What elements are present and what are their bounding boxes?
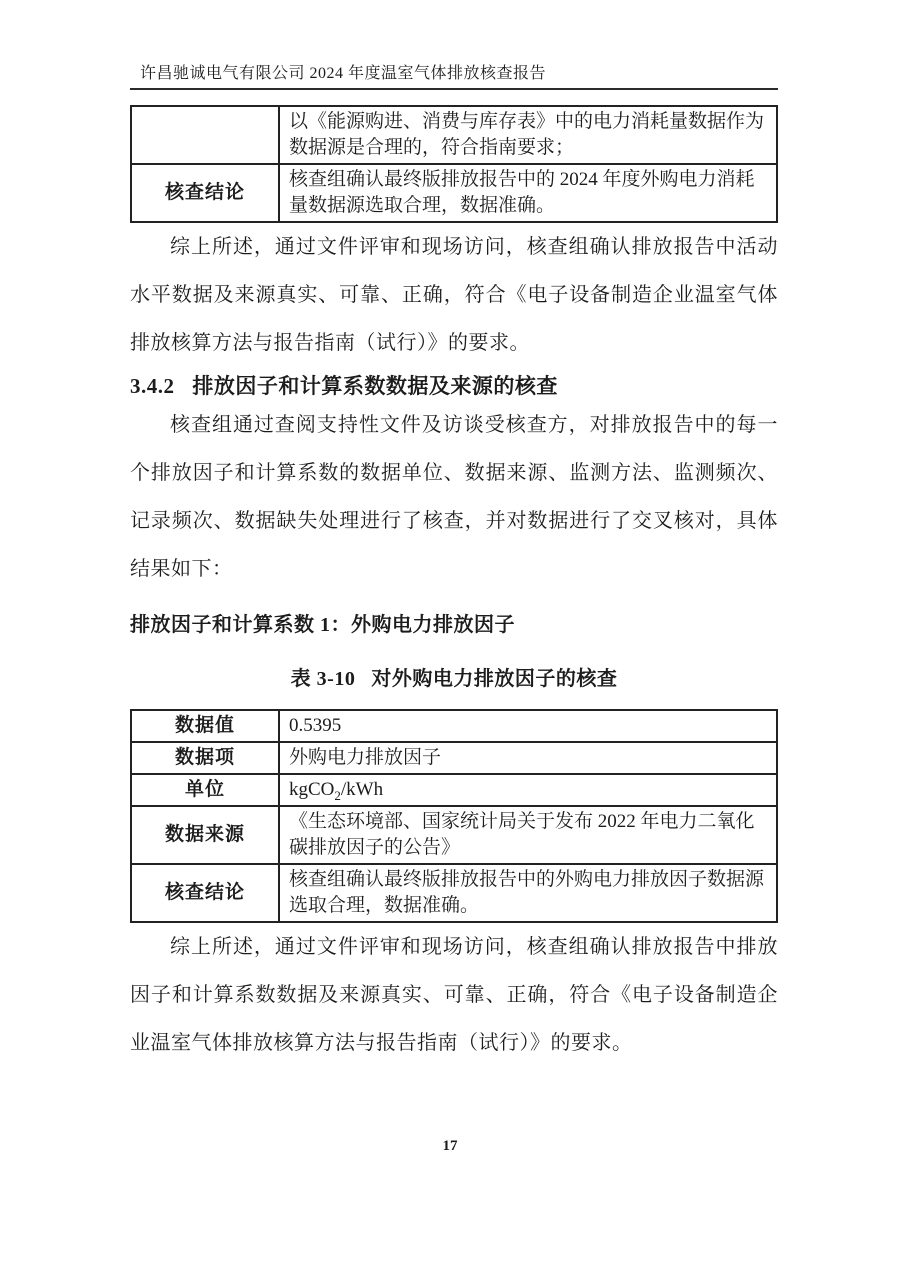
unit-post: /kWh	[341, 779, 383, 800]
table-row: 数据项 外购电力排放因子	[131, 742, 777, 774]
table-310-caption: 表 3-10对外购电力排放因子的核查	[130, 664, 778, 694]
caption-number: 表 3-10	[291, 668, 356, 690]
page-content: 以《能源购进、消费与库存表》中的电力消耗量数据作为数据源是合理的，符合指南要求；…	[130, 105, 778, 1067]
table-row: 数据值 0.5395	[131, 710, 777, 742]
table-row: 核查结论 核查组确认最终版排放报告中的外购电力排放因子数据源选取合理，数据准确。	[131, 864, 777, 922]
row-label-conclusion: 核查结论	[131, 864, 279, 922]
document-title: 许昌驰诚电气有限公司 2024 年度温室气体排放核查报告	[130, 65, 546, 82]
table-row: 数据来源 《生态环境部、国家统计局关于发布 2022 年电力二氧化碳排放因子的公…	[131, 806, 777, 864]
section-title: 排放因子和计算系数数据及来源的核查	[192, 374, 558, 398]
row-label-data-value: 数据值	[131, 710, 279, 742]
table-row: 以《能源购进、消费与库存表》中的电力消耗量数据作为数据源是合理的，符合指南要求；	[131, 106, 777, 164]
paragraph-activity-summary: 综上所述，通过文件评审和现场访问，核查组确认排放报告中活动水平数据及来源真实、可…	[130, 223, 778, 367]
row-content: 0.5395	[279, 710, 777, 742]
table-310: 数据值 0.5395 数据项 外购电力排放因子 单位 kgCO2/kWh 数据来…	[130, 709, 778, 923]
row-label-unit: 单位	[131, 774, 279, 806]
row-content: 《生态环境部、国家统计局关于发布 2022 年电力二氧化碳排放因子的公告》	[279, 806, 777, 864]
page-number: 17	[0, 1138, 900, 1155]
row-content-unit: kgCO2/kWh	[279, 774, 777, 806]
section-heading-342: 3.4.2排放因子和计算系数数据及来源的核查	[130, 371, 778, 401]
row-content: 以《能源购进、消费与库存表》中的电力消耗量数据作为数据源是合理的，符合指南要求；	[279, 106, 777, 164]
paragraph-factor-summary: 综上所述，通过文件评审和现场访问，核查组确认排放报告中排放因子和计算系数数据及来…	[130, 923, 778, 1067]
table-row: 核查结论 核查组确认最终版排放报告中的 2024 年度外购电力消耗量数据源选取合…	[131, 164, 777, 222]
row-content: 核查组确认最终版排放报告中的 2024 年度外购电力消耗量数据源选取合理，数据准…	[279, 164, 777, 222]
unit-pre: kgCO	[289, 779, 334, 800]
page-header: 许昌驰诚电气有限公司 2024 年度温室气体排放核查报告	[130, 0, 778, 90]
section-number: 3.4.2	[130, 374, 175, 398]
row-label-data-item: 数据项	[131, 742, 279, 774]
document-page: 许昌驰诚电气有限公司 2024 年度温室气体排放核查报告 以《能源购进、消费与库…	[0, 0, 900, 1273]
factor-heading: 排放因子和计算系数 1：外购电力排放因子	[130, 610, 778, 640]
table-row: 单位 kgCO2/kWh	[131, 774, 777, 806]
paragraph-section-intro: 核查组通过查阅支持性文件及访谈受核查方，对排放报告中的每一个排放因子和计算系数的…	[130, 401, 778, 593]
row-label-empty	[131, 106, 279, 164]
row-content: 核查组确认最终版排放报告中的外购电力排放因子数据源选取合理，数据准确。	[279, 864, 777, 922]
row-content: 外购电力排放因子	[279, 742, 777, 774]
caption-title: 对外购电力排放因子的核查	[371, 668, 617, 690]
verification-table-continued: 以《能源购进、消费与库存表》中的电力消耗量数据作为数据源是合理的，符合指南要求；…	[130, 105, 778, 223]
row-label-data-source: 数据来源	[131, 806, 279, 864]
row-label-conclusion: 核查结论	[131, 164, 279, 222]
